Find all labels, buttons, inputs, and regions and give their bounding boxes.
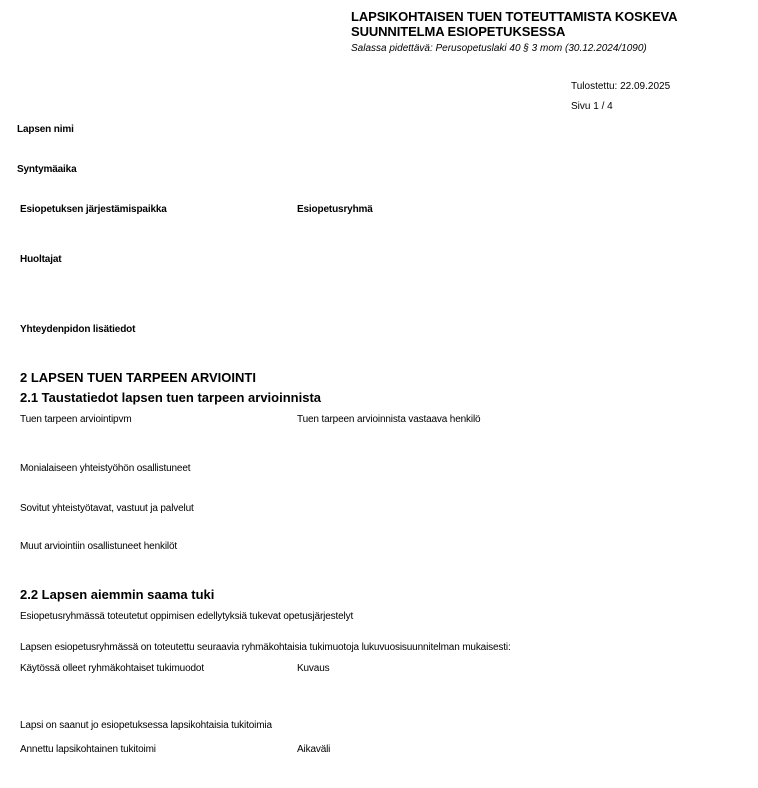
guardians-label: Huoltajat xyxy=(20,254,61,266)
printed-date: Tulostettu: 22.09.2025 xyxy=(571,81,670,93)
teaching-arrangements-label: Esiopetusryhmässä toteutetut oppimisen e… xyxy=(20,611,353,623)
section-2-heading: 2 LAPSEN TUEN TARPEEN ARVIOINTI xyxy=(20,370,256,386)
section-2-2-heading: 2.2 Lapsen aiemmin saama tuki xyxy=(20,587,214,603)
child-support-col-period: Aikaväli xyxy=(297,744,330,756)
responsible-person-label: Tuen tarpeen arvioinnista vastaava henki… xyxy=(297,414,480,426)
group-support-col-description: Kuvaus xyxy=(297,663,329,675)
document-title-line2: SUUNNITELMA ESIOPETUKSESSA xyxy=(351,24,677,39)
agreed-practices-label: Sovitut yhteistyötavat, vastuut ja palve… xyxy=(20,503,194,515)
group-support-intro: Lapsen esiopetusryhmässä on toteutettu s… xyxy=(20,642,511,654)
child-name-label: Lapsen nimi xyxy=(17,124,74,136)
group-support-col-forms: Käytössä olleet ryhmäkohtaiset tukimuodo… xyxy=(20,663,204,675)
document-title: LAPSIKOHTAISEN TUEN TOTEUTTAMISTA KOSKEV… xyxy=(351,9,677,39)
location-label: Esiopetuksen järjestämispaikka xyxy=(20,204,167,216)
page-number: Sivu 1 / 4 xyxy=(571,101,613,113)
assessment-date-label: Tuen tarpeen arviointipvm xyxy=(20,414,132,426)
other-participants-label: Muut arviointiin osallistuneet henkilöt xyxy=(20,541,177,553)
child-support-intro: Lapsi on saanut jo esiopetuksessa lapsik… xyxy=(20,720,272,732)
section-2-1-heading: 2.1 Taustatiedot lapsen tuen tarpeen arv… xyxy=(20,390,321,406)
multidisciplinary-label: Monialaiseen yhteistyöhön osallistuneet xyxy=(20,463,190,475)
group-label: Esiopetusryhmä xyxy=(297,204,373,216)
confidentiality-notice: Salassa pidettävä: Perusopetuslaki 40 § … xyxy=(351,43,647,55)
document-title-line1: LAPSIKOHTAISEN TUEN TOTEUTTAMISTA KOSKEV… xyxy=(351,9,677,24)
child-support-col-measure: Annettu lapsikohtainen tukitoimi xyxy=(20,744,156,756)
contact-info-label: Yhteydenpidon lisätiedot xyxy=(20,324,135,336)
birthdate-label: Syntymäaika xyxy=(17,164,77,176)
